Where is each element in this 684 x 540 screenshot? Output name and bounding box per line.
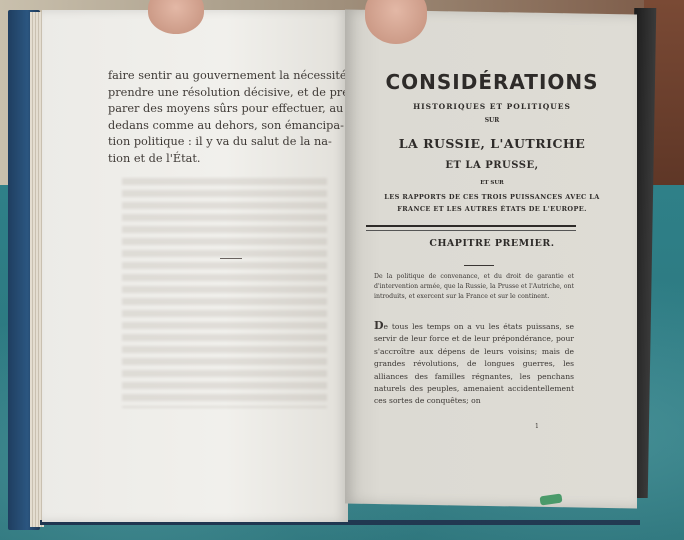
book-subtitle: HISTORIQUES ET POLITIQUES [352,102,632,111]
drop-cap: D [374,319,384,332]
text-line: prendre une résolution décisive, et de p… [108,85,330,102]
show-through-rule [220,258,242,259]
text-line: tion et de l'État. [108,151,330,168]
page-signature: 1 [535,423,539,430]
chapter-heading: CHAPITRE PREMIER. [352,238,632,249]
title-rapports: LES RAPPORTS DE CES TROIS PUISSANCES AVE… [352,191,632,215]
text-line: tion politique : il y va du salut de la … [108,134,330,151]
show-through-text [122,178,327,408]
chapter-summary: De la politique de convenance, et du dro… [374,272,574,302]
body-paragraph: e tous les temps on a vu les états puiss… [374,322,574,405]
double-rule-divider [366,225,576,231]
title-rapports-line: FRANCE ET LES AUTRES ÉTATS DE L'EUROPE. [352,203,632,215]
chapter-body-text: De tous les temps on a vu les états puis… [374,320,574,408]
title-connector: SUR [352,117,632,124]
title-connector-2: ET SUR [352,180,632,186]
title-countries: LA RUSSIE, L'AUTRICHE [352,136,632,151]
book-title: CONSIDÉRATIONS [352,70,632,94]
text-line: faire sentir au gouvernement la nécessit… [108,68,330,85]
left-page-text: faire sentir au gouvernement la nécessit… [108,68,330,168]
chapter-rule [464,265,494,266]
text-line: dedans comme au dehors, son émancipa- [108,118,330,135]
title-rapports-line: LES RAPPORTS DE CES TROIS PUISSANCES AVE… [352,191,632,203]
title-prusse: ET LA PRUSSE, [352,160,632,171]
text-line: parer des moyens sûrs pour effectuer, au [108,101,330,118]
